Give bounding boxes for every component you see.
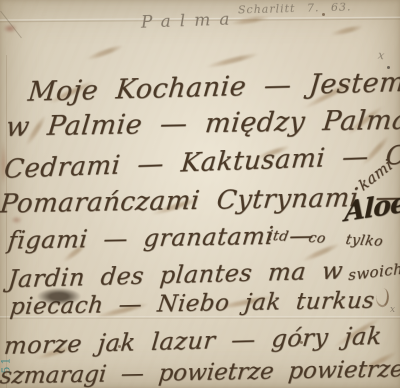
letter-line-9: szmaragi — powietrze powietrze <box>0 356 400 388</box>
show-through-mark <box>205 51 260 69</box>
manuscript-page: Scharlitt 7. 63. Palma x x 51 Moje Kocha… <box>0 0 400 388</box>
show-through-mark <box>330 24 364 37</box>
catalog-annotation: Scharlitt 7. 63. <box>238 1 352 17</box>
letter-line-4: Pomarańczami Cytrynami — <box>0 182 400 219</box>
letter-line-2: w Palmie — między Palmami <box>4 104 400 143</box>
show-through-mark <box>85 43 124 61</box>
letter-line-7: piecach — Niebo jak turkus <box>9 288 376 320</box>
letter-line-1: Moje Kochanie — Jestem <box>27 67 400 108</box>
pencil-cross-mark: x <box>377 49 385 63</box>
letter-line-6: Jardin des plantes ma w <box>7 257 345 294</box>
title-annotation: Palma <box>141 9 239 32</box>
letter-fragment-swoich: swoich <box>348 260 400 285</box>
letter-line-8: morze jak lazur — góry jak <box>3 322 384 360</box>
ink-smudge <box>3 24 17 33</box>
letter-line-3: Cedrami — Kaktusami — Oliw <box>3 139 400 185</box>
crease-line-corner <box>0 11 22 38</box>
ink-flourish-mark <box>374 287 391 309</box>
pencil-cross-mark-right: x <box>390 305 395 315</box>
